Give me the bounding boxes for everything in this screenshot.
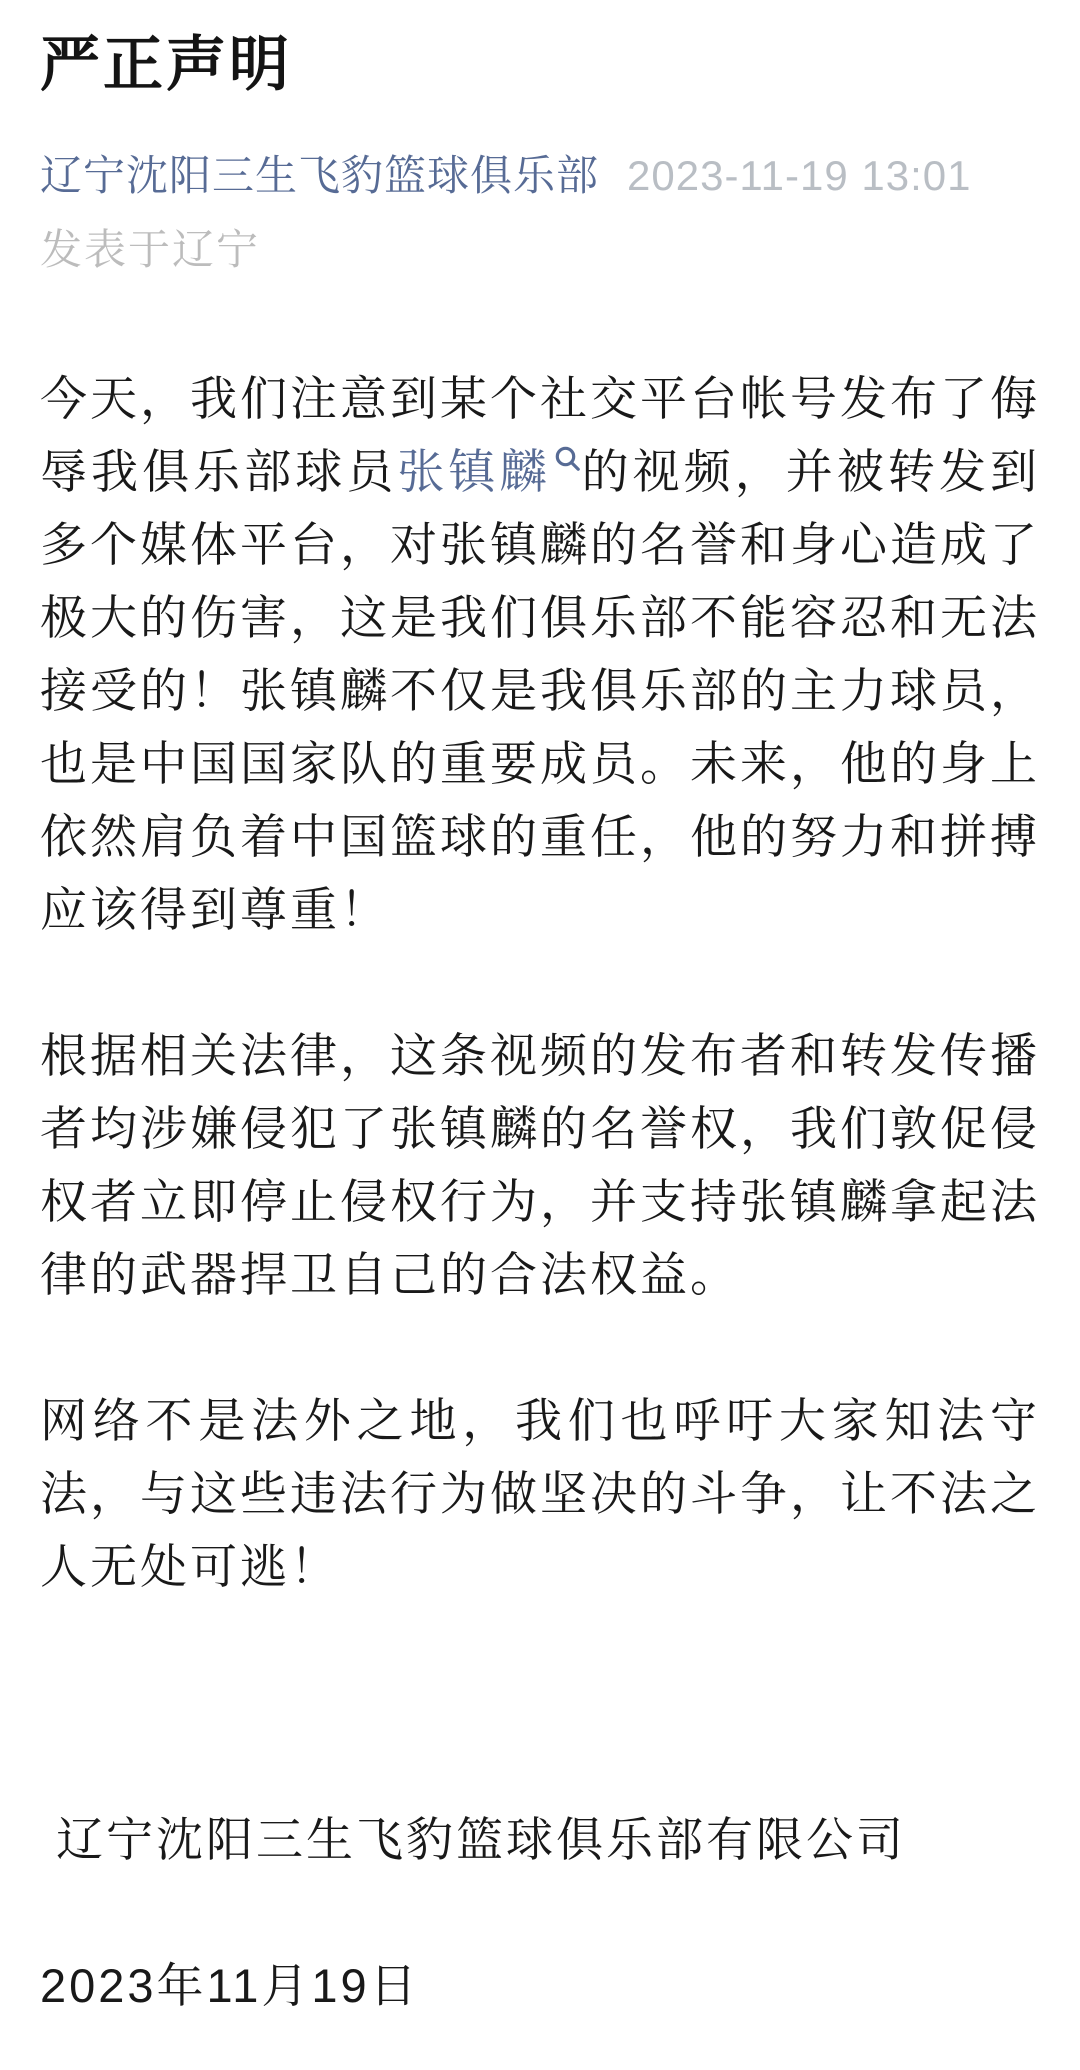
statement-date: 2023年11月19日 [40,1949,1040,2022]
page-title: 严正声明 [40,30,1040,100]
player-name-link[interactable]: 张镇麟 [397,445,580,498]
publish-timestamp: 2023-11-19 13:01 [627,152,972,199]
paragraph-2: 根据相关法律，这条视频的发布者和转发传播者均涉嫌侵犯了张镇麟的名誉权，我们敦促侵… [40,1019,1040,1311]
paragraph-3: 网络不是法外之地，我们也呼吁大家知法守法，与这些违法行为做坚决的斗争，让不法之人… [40,1384,1040,1603]
player-name-link-label[interactable]: 张镇麟 [397,445,550,498]
search-icon [554,445,581,472]
article-meta: 辽宁沈阳三生飞豹篮球俱乐部2023-11-19 13:01 [40,148,1040,204]
publish-location: 发表于辽宁 [40,222,1040,278]
paragraph-1-text-after-link: 的视频，并被转发到多个媒体平台，对张镇麟的名誉和身心造成了极大的伤害，这是我们俱… [40,445,1040,936]
author-account-link[interactable]: 辽宁沈阳三生飞豹篮球俱乐部 [40,152,599,199]
article-body: 今天，我们注意到某个社交平台帐号发布了侮辱我俱乐部球员张镇麟 的视频，并被转发到… [40,362,1040,2022]
article-page: 严正声明 辽宁沈阳三生飞豹篮球俱乐部2023-11-19 13:01 发表于辽宁… [0,0,1080,2070]
signature-company-name: 辽宁沈阳三生飞豹篮球俱乐部有限公司 [40,1803,1040,1876]
paragraph-1: 今天，我们注意到某个社交平台帐号发布了侮辱我俱乐部球员张镇麟 的视频，并被转发到… [40,362,1040,946]
